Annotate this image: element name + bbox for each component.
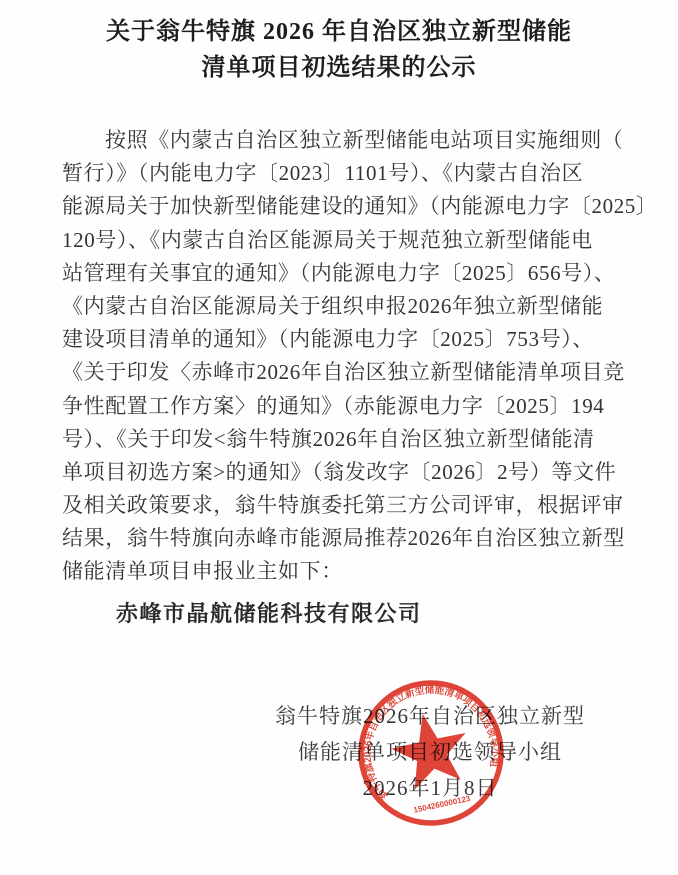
body-line: 储能清单项目申报业主如下： xyxy=(62,555,614,588)
body-line: 站管理有关事宜的通知》（内能源电力字〔2025〕656号）、 xyxy=(62,257,614,290)
body-line: 《内蒙古自治区能源局关于组织申报2026年独立新型储能 xyxy=(62,290,614,323)
recommended-company-name: 赤峰市晶航储能科技有限公司 xyxy=(116,597,422,628)
body-line: 争性配置工作方案〉的通知》（赤能源电力字〔2025〕194 xyxy=(62,390,614,423)
title-line-1: 关于翁牛特旗 2026 年自治区独立新型储能 xyxy=(0,14,678,50)
signature-date: 2026年1月8日 xyxy=(240,770,620,806)
body-line: 单项目初选方案>的通知》（翁发改字〔2026〕2号）等文件 xyxy=(62,456,614,489)
title-line-2: 清单项目初选结果的公示 xyxy=(0,50,678,86)
signer-name-line-1: 翁牛特旗2026年自治区独立新型 xyxy=(240,698,620,734)
body-line: 《关于印发〈赤峰市2026年自治区独立新型储能清单项目竞 xyxy=(62,356,614,389)
body-text: 按照《内蒙古自治区独立新型储能电站项目实施细则（ 暂行）》（内能电力字〔2023… xyxy=(62,124,614,589)
body-line: 号）、《关于印发<翁牛特旗2026年自治区独立新型储能清 xyxy=(62,423,614,456)
body-line: 120号）、《内蒙古自治区能源局关于规范独立新型储能电 xyxy=(62,224,614,257)
body-line: 及相关政策要求，翁牛特旗委托第三方公司评审，根据评审 xyxy=(62,489,614,522)
body-line: 能源局关于加快新型储能建设的通知》（内能源电力字〔2025〕 xyxy=(62,190,614,223)
body-line: 建设项目清单的通知》（内能源电力字〔2025〕753号）、 xyxy=(62,323,614,356)
signature-block: 翁牛特旗2026年自治区独立新型 储能清单项目初选领导小组 2026年1月8日 xyxy=(240,698,620,806)
page-title: 关于翁牛特旗 2026 年自治区独立新型储能 清单项目初选结果的公示 xyxy=(0,14,678,86)
signer-name-line-2: 储能清单项目初选领导小组 xyxy=(240,734,620,770)
body-line: 暂行）》（内能电力字〔2023〕1101号）、《内蒙古自治区 xyxy=(62,157,614,190)
body-line: 结果，翁牛特旗向赤峰市能源局推荐2026年自治区独立新型 xyxy=(62,522,614,555)
body-line: 按照《内蒙古自治区独立新型储能电站项目实施细则（ xyxy=(62,124,614,157)
document-page: 关于翁牛特旗 2026 年自治区独立新型储能 清单项目初选结果的公示 按照《内蒙… xyxy=(0,0,678,875)
